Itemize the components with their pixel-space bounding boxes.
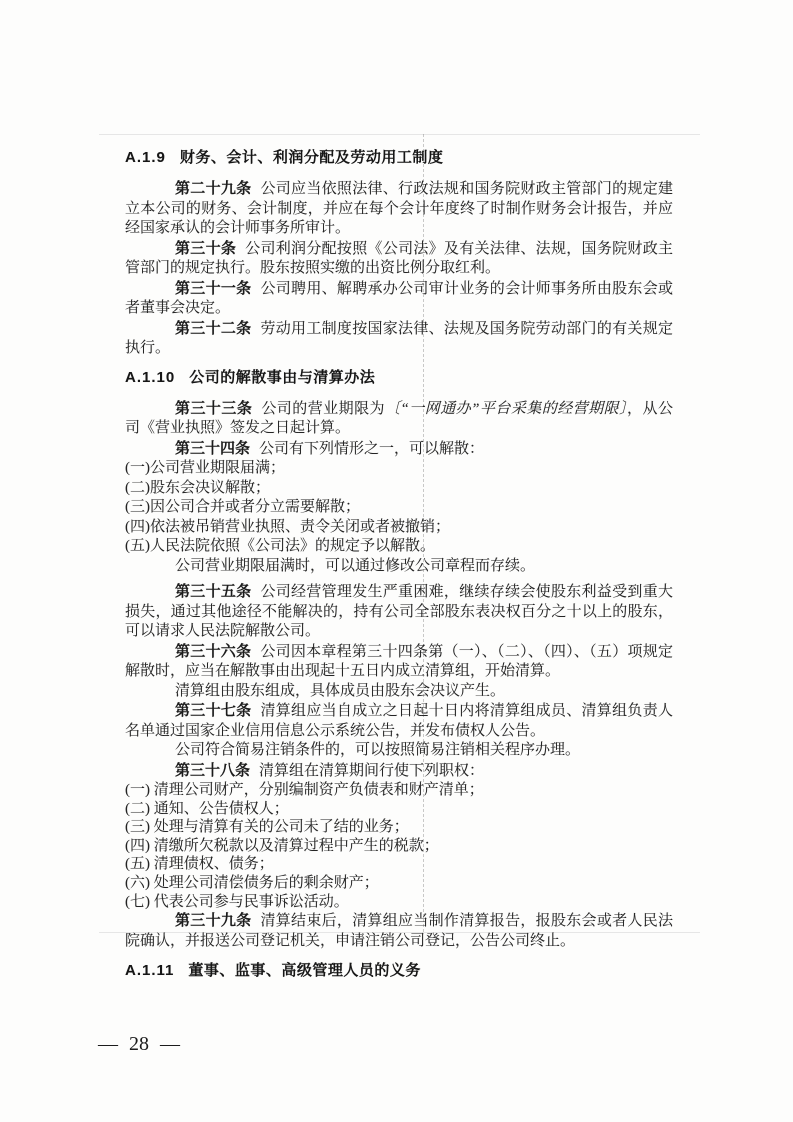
section-heading-a111: A.1.11董事、监事、高级管理人员的义务 — [125, 961, 673, 981]
list-item: (三)因公司合并或者分立需要解散； — [125, 498, 673, 518]
article-36-paragraph: 第三十六条公司因本章程第三十四条第（一）、（二）、（四）、（五）项规定解散时，应… — [125, 642, 673, 682]
article-number: 第三十四条 — [175, 440, 250, 457]
list-item: (五)人民法院依照《公司法》的规定予以解散。 — [125, 537, 673, 557]
list-item: (一)公司营业期限届满； — [125, 459, 673, 479]
article-text: 清算组在清算期间行使下列职权： — [259, 763, 484, 779]
section-title: 财务、会计、利润分配及劳动用工制度 — [180, 149, 444, 166]
section-title: 董事、监事、高级管理人员的义务 — [188, 962, 421, 979]
liquidation-powers-list: (一) 清理公司财产，分别编制资产负债表和财产清单； (二) 通知、公告债权人；… — [125, 781, 673, 911]
list-item: (四)依法被吊销营业执照、责令关闭或者被撤销； — [125, 518, 673, 538]
article-number: 第三十条 — [175, 240, 236, 257]
article-number: 第三十七条 — [175, 702, 251, 719]
article-text: 公司有下列情形之一，可以解散： — [259, 441, 484, 457]
article-32-paragraph: 第三十二条劳动用工制度按国家法律、法规及国务院劳动部门的有关规定执行。 — [125, 319, 673, 359]
scanned-document-page: A.1.9财务、会计、利润分配及劳动用工制度 第二十九条公司应当依照法律、行政法… — [0, 0, 793, 1122]
section-heading-a19: A.1.9财务、会计、利润分配及劳动用工制度 — [125, 148, 673, 168]
section-title: 公司的解散事由与清算办法 — [189, 369, 375, 386]
dissolution-conditions-list: (一)公司营业期限届满； (二)股东会决议解散； (三)因公司合并或者分立需要解… — [125, 459, 673, 557]
article-35-paragraph: 第三十五条公司经营管理发生严重困难，继续存续会使股东利益受到重大损失，通过其他途… — [125, 582, 673, 642]
section-heading-a110: A.1.10公司的解散事由与清算办法 — [125, 368, 673, 388]
article-30-paragraph: 第三十条公司利润分配按照《公司法》及有关法律、法规，国务院财政主管部门的规定执行… — [125, 239, 673, 279]
section-label: A.1.10 — [125, 369, 175, 386]
liquidation-group-note-paragraph: 清算组由股东组成，具体成员由股东会决议产生。 — [125, 682, 673, 702]
section-label: A.1.9 — [125, 149, 166, 166]
article-number: 第三十六条 — [175, 643, 251, 660]
article-number: 第三十八条 — [175, 762, 250, 779]
survival-note-paragraph: 公司营业期限届满时，可以通过修改公司章程而存续。 — [125, 557, 673, 577]
article-number: 第三十九条 — [175, 912, 251, 929]
document-content: A.1.9财务、会计、利润分配及劳动用工制度 第二十九条公司应当依照法律、行政法… — [125, 148, 673, 981]
list-item: (四) 清缴所欠税款以及清算过程中产生的税款； — [125, 837, 673, 856]
scan-artifact-line-top — [99, 134, 700, 135]
page-number: — 28 — — [98, 1032, 180, 1056]
article-number: 第三十三条 — [175, 400, 252, 417]
article-text: 公司的营业期限为 — [261, 401, 385, 417]
list-item: (一) 清理公司财产，分别编制资产负债表和财产清单； — [125, 781, 673, 800]
article-number: 第二十九条 — [175, 180, 251, 197]
article-38-paragraph: 第三十八条清算组在清算期间行使下列职权： — [125, 761, 673, 782]
list-item: (二) 通知、公告债权人； — [125, 800, 673, 819]
article-33-paragraph: 第三十三条公司的营业期限为〔“一网通办”平台采集的经营期限〕，从公司《营业执照》… — [125, 399, 673, 439]
platform-term-placeholder: 〔“一网通办”平台采集的经营期限〕 — [385, 401, 627, 417]
list-item: (二)股东会决议解散； — [125, 479, 673, 499]
article-34-paragraph: 第三十四条公司有下列情形之一，可以解散： — [125, 439, 673, 460]
section-label: A.1.11 — [125, 962, 174, 979]
article-31-paragraph: 第三十一条公司聘用、解聘承办公司审计业务的会计师事务所由股东会或者董事会决定。 — [125, 279, 673, 319]
article-39-paragraph: 第三十九条清算结束后，清算组应当制作清算报告，报股东会或者人民法院确认，并报送公… — [125, 911, 673, 951]
simple-cancel-note-paragraph: 公司符合简易注销条件的，可以按照简易注销相关程序办理。 — [125, 741, 673, 761]
list-item: (六) 处理公司清偿债务后的剩余财产； — [125, 874, 673, 893]
article-number: 第三十五条 — [175, 583, 251, 600]
list-item: (五) 清理债权、债务； — [125, 855, 673, 874]
article-number: 第三十一条 — [175, 280, 251, 297]
list-item: (七) 代表公司参与民事诉讼活动。 — [125, 893, 673, 912]
article-29-paragraph: 第二十九条公司应当依照法律、行政法规和国务院财政主管部门的规定建立本公司的财务、… — [125, 179, 673, 239]
article-number: 第三十二条 — [175, 320, 251, 337]
list-item: (三) 处理与清算有关的公司未了结的业务； — [125, 818, 673, 837]
article-37-paragraph: 第三十七条清算组应当自成立之日起十日内将清算组成员、清算组负责人名单通过国家企业… — [125, 701, 673, 741]
